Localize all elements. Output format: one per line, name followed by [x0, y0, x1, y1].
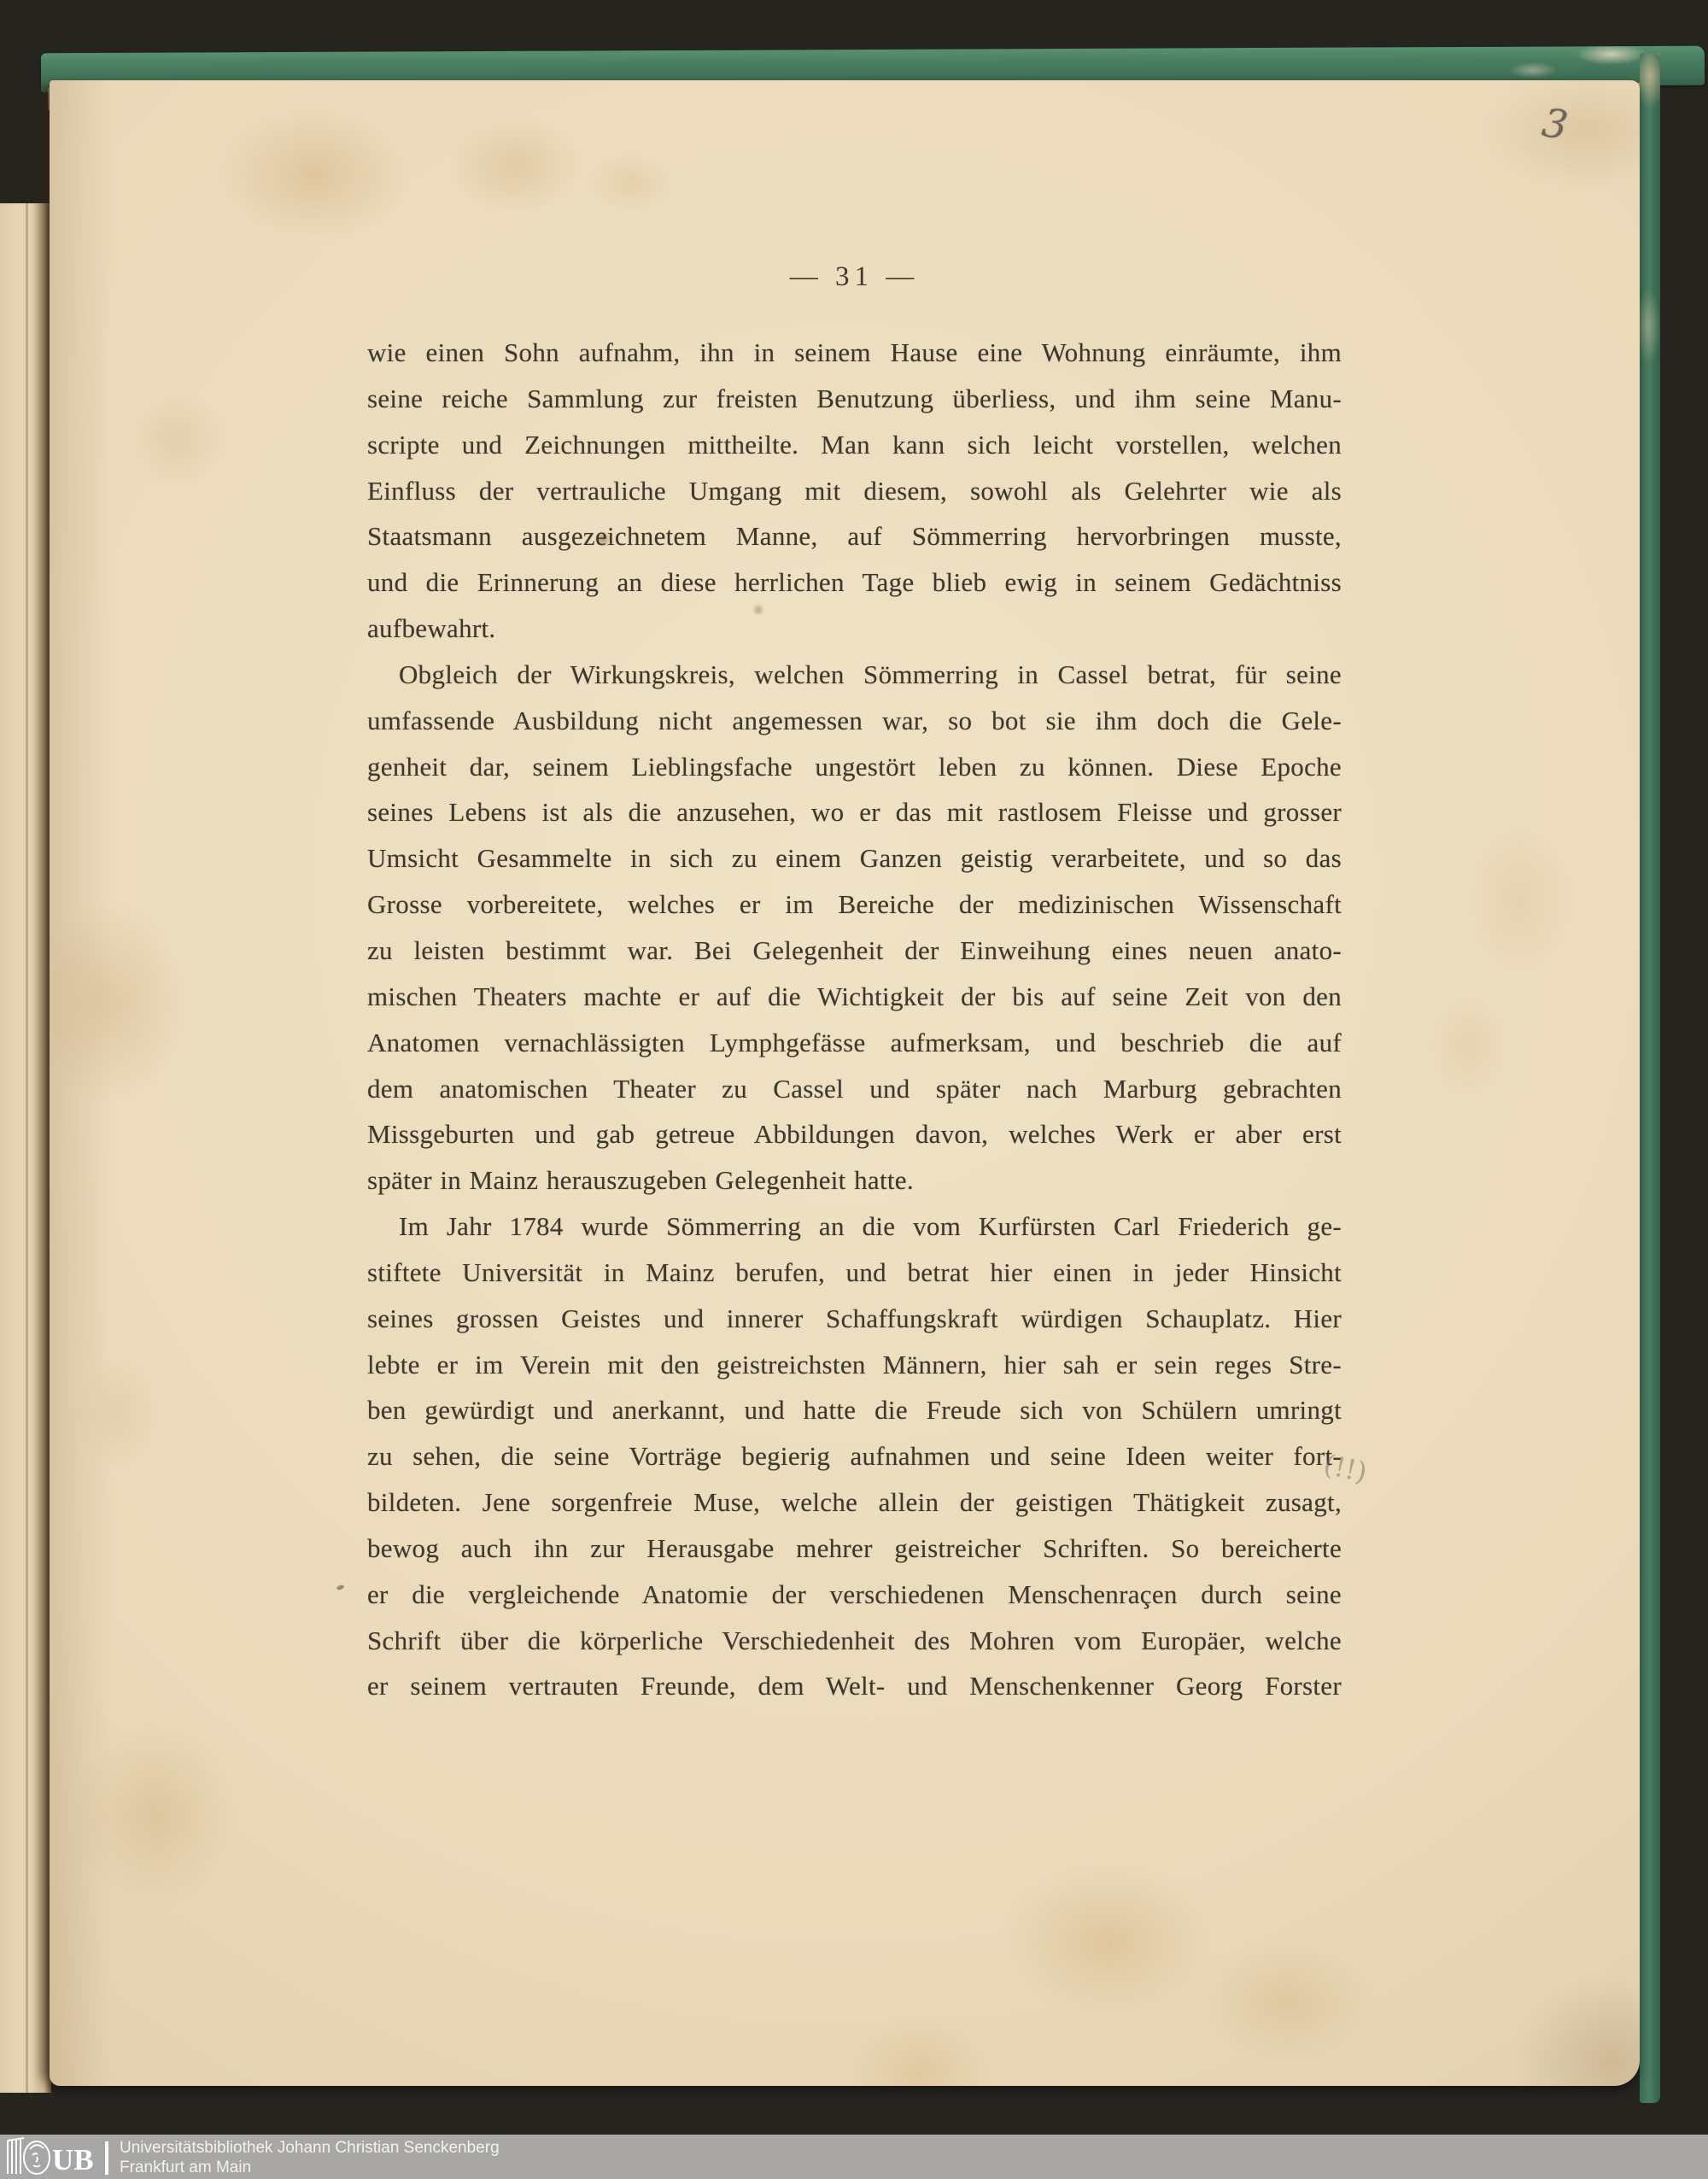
- book-cover-right-edge: [1640, 53, 1660, 2103]
- library-location: Frankfurt am Main: [120, 2158, 500, 2177]
- text-line: dem anatomischen Theater zu Cassel und s…: [367, 1066, 1342, 1112]
- text-line: Umsicht Gesammelte in sich zu einem Ganz…: [367, 835, 1342, 882]
- text-line: Missgeburten und gab getreue Abbildungen…: [367, 1111, 1342, 1157]
- library-name: Universitätsbibliothek Johann Christian …: [120, 2138, 500, 2158]
- text-line: Staatsmann ausgezeichnetem Manne, auf Sö…: [367, 513, 1342, 559]
- library-caption: Universitätsbibliothek Johann Christian …: [120, 2138, 500, 2177]
- text-line: und die Erinnerung an diese herrlichen T…: [367, 559, 1342, 606]
- scanner-background: { "scan": { "handwritten_folio_number": …: [0, 0, 1708, 2179]
- text-line: Schrift über die körperliche Verschieden…: [367, 1618, 1342, 1664]
- footer-bar: UB Universitätsbibliothek Johann Christi…: [0, 2135, 1708, 2179]
- text-line: genheit dar, seinem Lieblingsfache unges…: [367, 744, 1342, 790]
- text-line: seines Lebens ist als die anzusehen, wo …: [367, 789, 1342, 835]
- ub-logo: UB: [3, 2136, 113, 2177]
- text-line: stiftete Universität in Mainz berufen, u…: [367, 1250, 1342, 1296]
- text-line: er die vergleichende Anatomie der versch…: [367, 1572, 1342, 1618]
- text-line: er seinem vertrauten Freunde, dem Welt- …: [367, 1663, 1342, 1709]
- text-line: seine reiche Sammlung zur freisten Benut…: [367, 376, 1342, 422]
- text-line: zu sehen, die seine Vorträge begierig au…: [367, 1433, 1342, 1479]
- text-line: Obgleich der Wirkungskreis, welchen Sömm…: [367, 652, 1342, 698]
- logo-pages-icon: [8, 2138, 24, 2174]
- text-line: scripte und Zeichnungen mittheilte. Man …: [367, 422, 1342, 468]
- text-line: mischen Theaters machte er auf die Wicht…: [367, 974, 1342, 1020]
- text-line: Grosse vorbereitete, welches er im Berei…: [367, 882, 1342, 928]
- text-line: bewog auch ihn zur Herausgabe mehrer gei…: [367, 1526, 1342, 1572]
- logo-ub-text: UB: [52, 2143, 94, 2176]
- scanned-page: 3 — 31 — wie einen Sohn aufnahm, ihn in …: [50, 80, 1640, 2086]
- text-line: Einfluss der vertrauliche Umgang mit die…: [367, 468, 1342, 514]
- text-line: aufbewahrt.: [367, 606, 1342, 652]
- text-line: Anatomen vernachlässigten Lymphgefässe a…: [367, 1020, 1342, 1066]
- page-number: — 31 —: [367, 261, 1342, 299]
- text-line: Im Jahr 1784 wurde Sömmerring an die vom…: [367, 1204, 1342, 1250]
- text-line: bildeten. Jene sorgenfreie Muse, welche …: [367, 1479, 1342, 1526]
- text-line: seines grossen Geistes und innerer Schaf…: [367, 1296, 1342, 1342]
- text-line: umfassende Ausbildung nicht angemessen w…: [367, 698, 1342, 744]
- text-line: wie einen Sohn aufnahm, ihn in seinem Ha…: [367, 330, 1342, 376]
- text-line: später in Mainz herauszugeben Gelegenhei…: [367, 1157, 1342, 1204]
- handwritten-folio-number: 3: [1539, 99, 1613, 155]
- logo-portrait-icon: [24, 2141, 50, 2174]
- text-block: wie einen Sohn aufnahm, ihn in seinem Ha…: [367, 330, 1342, 1709]
- page-stack-left-edge: [0, 203, 51, 2093]
- text-line: ben gewürdigt und anerkannt, und hatte d…: [367, 1387, 1342, 1433]
- text-line: zu leisten bestimmt war. Bei Gelegenheit…: [367, 928, 1342, 974]
- pencil-dot-mark: [336, 1584, 344, 1591]
- text-line: lebte er im Verein mit den geistreichste…: [367, 1342, 1342, 1388]
